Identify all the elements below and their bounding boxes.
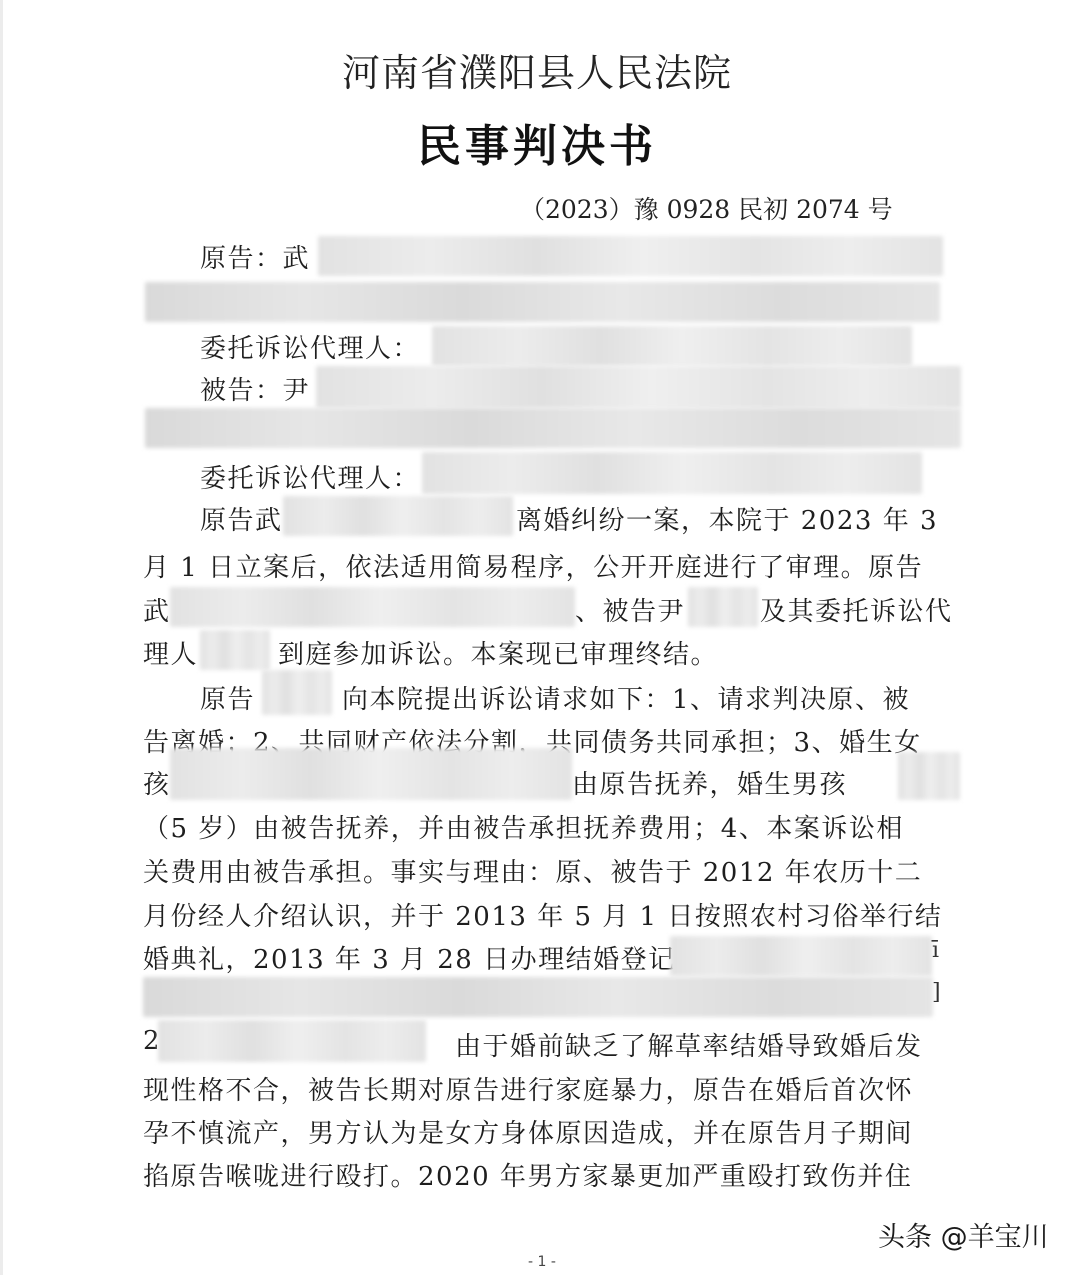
defendant-agent-label: 委托诉讼代理人： [200, 458, 420, 495]
redacted-plaintiff-agent [432, 326, 912, 366]
redacted-defendant-info [316, 366, 961, 408]
body-line-11: 婚典礼，2013 年 3 月 28 日办理结婚登记。 [143, 939, 703, 976]
partial-glyph: ] [932, 980, 941, 1005]
plaintiff-agent-label: 委托诉讼代理人： [200, 328, 420, 365]
redacted-name [262, 670, 332, 715]
redacted-plaintiff-address [145, 282, 940, 322]
redacted-name [688, 587, 758, 627]
body-line-5b: 向本院提出诉讼请求如下：1、请求判决原、被 [342, 679, 910, 716]
redacted-son-name [898, 752, 960, 800]
body-line-3a: 武 [143, 591, 171, 628]
redacted-plaintiff-info [318, 236, 943, 276]
redacted-defendant-agent [422, 452, 922, 494]
body-line-9: 关费用由被告承担。事实与理由：原、被告于 2012 年农历十二 [143, 852, 922, 889]
court-name: 河南省濮阳县人民法院 [0, 42, 1074, 97]
body-line-13: 现性格不合，被告长期对原告进行家庭暴力，原告在婚后首次怀 [143, 1070, 913, 1107]
redacted-attendee [170, 587, 575, 627]
case-number: （2023）豫 0928 民初 2074 号 [520, 190, 893, 226]
redacted-name [200, 630, 270, 670]
body-line-14: 孕不慎流产，男方认为是女方身体原因造成，并在原告月子期间 [143, 1113, 913, 1150]
redacted-text [670, 936, 932, 976]
page-number: - 1 - [528, 1254, 556, 1270]
redacted-defendant-address [145, 408, 961, 448]
plaintiff-label: 原告：武 [200, 238, 310, 275]
redacted-text-line [143, 977, 933, 1017]
watermark: 头条 @羊宝川 [878, 1215, 1049, 1254]
redacted-daughter-info [170, 748, 572, 800]
redacted-name [283, 496, 513, 536]
body-line-4b: 到庭参加诉讼。本案现已审理终结。 [278, 634, 718, 671]
body-line-3b: 、被告尹 [575, 591, 685, 628]
document-title: 民事判决书 [0, 110, 1074, 174]
body-line-7b: 由原告抚养，婚生男孩 [572, 764, 847, 801]
partial-glyph: ī [932, 938, 939, 963]
body-line-5a: 原告 [200, 679, 255, 716]
page-edge [0, 0, 3, 1275]
body-line-3c: 及其委托诉讼代 [760, 591, 953, 628]
body-line-1a: 原告武 [200, 500, 283, 537]
body-line-7a: 孩 [143, 764, 171, 801]
body-line-15: 掐原告喉咙进行殴打。2020 年男方家暴更加严重殴打致伤并住 [143, 1156, 912, 1193]
body-line-2: 月 1 日立案后，依法适用简易程序，公开开庭进行了审理。原告 [143, 547, 923, 584]
body-line-12b: 由于婚前缺乏了解草率结婚导致婚后发 [455, 1026, 923, 1063]
body-line-1b: 离婚纠纷一案，本院于 2023 年 3 [516, 500, 938, 537]
defendant-label: 被告：尹 [200, 370, 310, 407]
body-line-8: （5 岁）由被告抚养，并由被告承担抚养费用；4、本案诉讼相 [143, 808, 904, 845]
body-line-10: 月份经人介绍认识，并于 2013 年 5 月 1 日按照农村习俗举行结 [143, 896, 942, 933]
body-line-4a: 理人 [143, 634, 198, 671]
redacted-text [158, 1020, 426, 1062]
